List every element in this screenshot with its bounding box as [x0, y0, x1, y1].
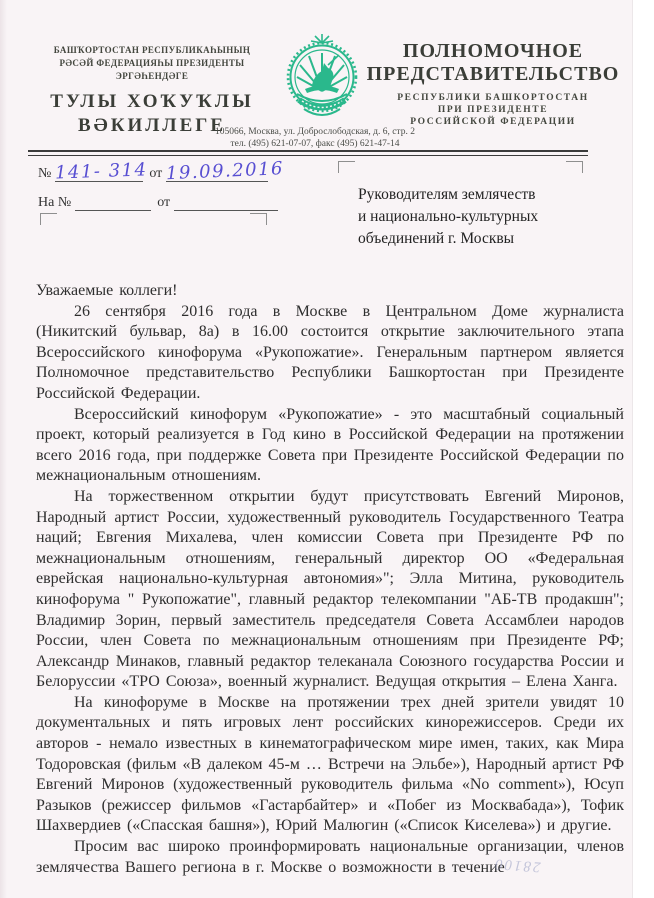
letterhead-org-russian: ПОЛНОМОЧНОЕ ПРЕДСТАВИТЕЛЬСТВО РЕСПУБЛИКИ…	[362, 40, 624, 128]
address-line: 105066, Москва, ул. Доброслободская, д. …	[15, 127, 615, 139]
outgoing-number-blank: 141- 314	[55, 163, 143, 182]
addressee-line: объединений г. Москвы	[358, 228, 598, 250]
org-line: РӘСӘЙ ФЕДЕРАЦИЯҺЫ ПРЕЗИДЕНТЫ	[26, 57, 278, 70]
date-blank: 19.09.2016	[166, 163, 268, 182]
corner-mark	[566, 161, 583, 173]
body-paragraph: На кинофоруме в Москве на протяжении тре…	[36, 693, 624, 837]
phone-fax-line: тел. (495) 621-07-07, факс (495) 621-47-…	[15, 139, 615, 151]
addressee-line: Руководителям землячеств	[358, 184, 598, 206]
body-paragraph: На торжественном открытии будут присутст…	[36, 487, 624, 693]
org-line: ПРИ ПРЕЗИДЕНТЕ	[362, 104, 624, 116]
scanned-letter-page: БАШҠОРТОСТАН РЕСПУБЛИКАҺЫНЫҢ РӘСӘЙ ФЕДЕР…	[0, 0, 633, 898]
outgoing-number-handwritten: 141- 314	[55, 159, 144, 183]
date-handwritten: 19.09.2016	[166, 159, 269, 184]
letterhead-divider-rule	[28, 150, 588, 156]
addressee-line: и национально-культурных	[358, 206, 598, 228]
org-title-line: ТУЛЫ ХОҠУҠЛЫ	[26, 90, 278, 114]
corner-mark	[250, 213, 267, 225]
incoming-number-label: На №	[38, 195, 75, 211]
reference-block: № 141- 314 от 19.09.2016 На № от	[38, 163, 318, 221]
corner-mark	[338, 161, 355, 173]
org-line: ЭРГӘҺЕНДӘГЕ	[26, 70, 278, 83]
corner-mark	[40, 213, 57, 225]
incoming-date-blank	[174, 192, 278, 211]
salutation: Уважаемые коллеги!	[36, 281, 624, 302]
body-paragraph: Всероссийский кинофорум «Рукопожатие» - …	[36, 405, 624, 487]
incoming-number-blank	[75, 192, 151, 211]
letterhead-address: 105066, Москва, ул. Доброслободская, д. …	[15, 127, 615, 150]
org-title-line: ПРЕДСТАВИТЕЛЬСТВО	[362, 63, 624, 86]
letterhead-org-bashkir: БАШҠОРТОСТАН РЕСПУБЛИКАҺЫНЫҢ РӘСӘЙ ФЕДЕР…	[26, 44, 278, 138]
org-title-line: ПОЛНОМОЧНОЕ	[362, 40, 624, 63]
incoming-date-label: от	[151, 195, 174, 211]
addressee-block: Руководителям землячеств и национально-к…	[358, 184, 598, 250]
letter-body: Уважаемые коллеги! 26 сентября 2016 года…	[36, 281, 624, 878]
org-line: РЕСПУБЛИКИ БАШКОРТОСТАН	[362, 92, 624, 104]
org-line: БАШҠОРТОСТАН РЕСПУБЛИКАҺЫНЫҢ	[26, 44, 278, 57]
bashkortostan-coat-of-arms-icon	[285, 31, 359, 125]
body-paragraph: 26 сентября 2016 года в Москве в Централ…	[36, 302, 624, 405]
outgoing-number-label: №	[38, 166, 55, 182]
